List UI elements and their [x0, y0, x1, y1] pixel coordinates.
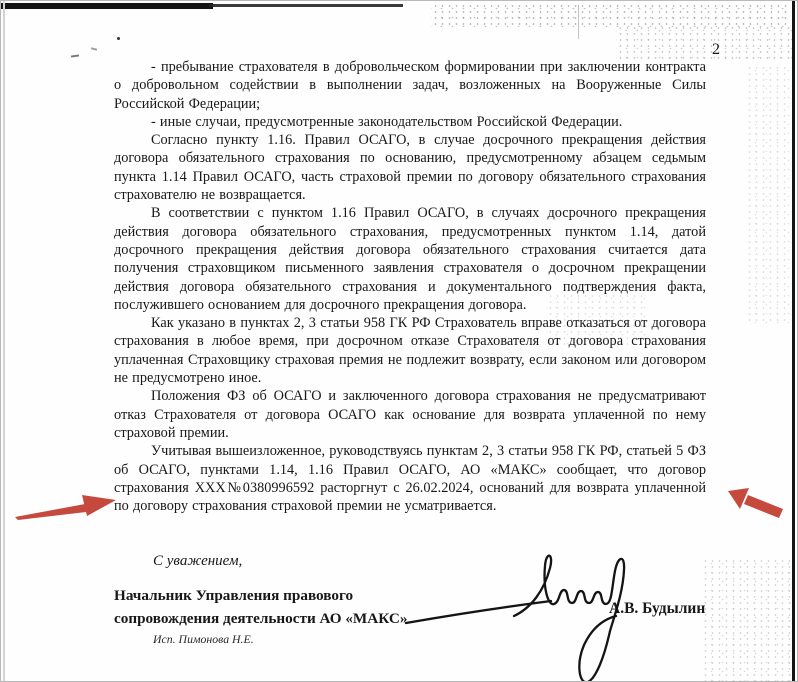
paragraph: - пребывание страхователя в добровольчес… — [114, 58, 706, 113]
paragraph: В соответствии с пунктом 1.16 Правил ОСА… — [114, 204, 706, 314]
paragraph: Учитывая вышеизложенное, руководствуясь … — [114, 442, 706, 515]
scan-edge-left — [3, 1, 5, 682]
page-number: 2 — [712, 41, 720, 59]
letter-body: - пребывание страхователя в добровольчес… — [114, 58, 706, 515]
scanned-document-page: 2 - пребывание страхователя в добровольч… — [0, 0, 798, 682]
executor-note: Исп. Пимонова Н.Е. — [153, 632, 254, 647]
paragraph: Согласно пункту 1.16. Правил ОСАГО, в сл… — [114, 131, 706, 204]
signature-image — [401, 546, 671, 682]
closing-salutation: С уважением, — [153, 553, 242, 570]
scan-noise — [616, 23, 792, 63]
scan-speck — [91, 47, 97, 50]
scan-noise — [745, 63, 791, 323]
signer-title-line1: Начальник Управления правового — [114, 584, 407, 607]
scan-speck — [117, 37, 120, 40]
scan-noise — [701, 556, 793, 681]
paragraph: Как указано в пунктах 2, 3 статьи 958 ГК… — [114, 314, 706, 387]
scan-artifact-top-bar — [1, 3, 213, 9]
signer-title: Начальник Управления правового сопровожд… — [114, 584, 407, 630]
scan-speck — [71, 54, 79, 57]
scan-artifact-top-bar-thin — [209, 4, 403, 7]
paragraph: Положения ФЗ об ОСАГО и заключенного дог… — [114, 387, 706, 442]
red-arrow-right-icon — [728, 488, 783, 518]
signer-title-line2: сопровождения деятельности АО «МАКС» — [114, 607, 407, 630]
paragraph: - иные случаи, предусмотренные законодат… — [114, 113, 706, 131]
red-arrow-left-icon — [15, 495, 116, 520]
